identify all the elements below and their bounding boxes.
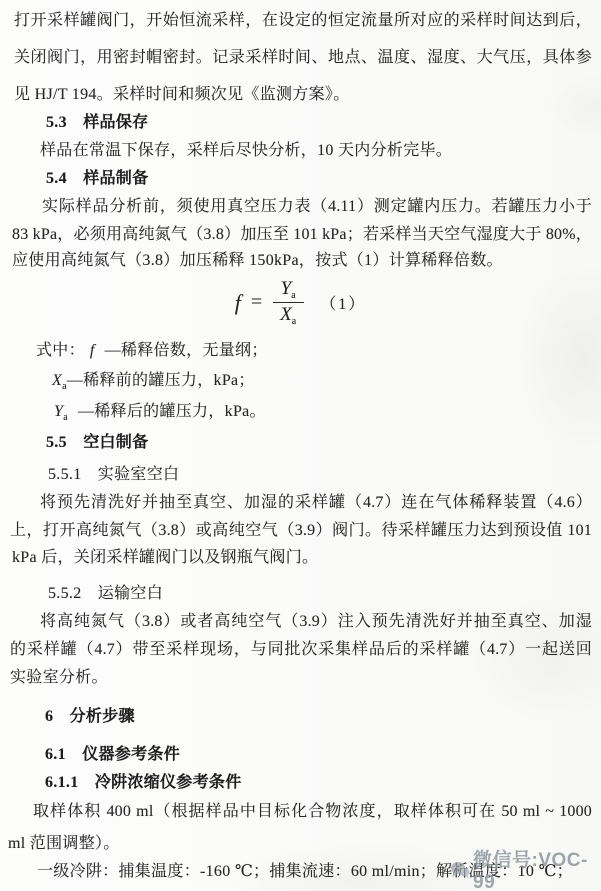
formula-legend-x: Xa—稀释前的罐压力，kPa； (52, 370, 255, 398)
section-heading-6: 6 分析步骤 (45, 706, 135, 728)
body-line: 见 HJ/T 194。采样时间和频次见《监测方案》。 (14, 84, 350, 106)
body-line: 的采样罐（4.7）带至采样现场，与同批次采集样品后的采样罐（4.7）一起送回 (10, 639, 592, 662)
section-heading-6-1: 6.1 仪器参考条件 (45, 744, 180, 766)
subsection-heading-5-5-2: 5.5.2 运输空白 (48, 583, 163, 605)
body-line: 将预先清洗好并抽至真空、加湿的采样罐（4.7）连在气体稀释装置（4.6） (40, 492, 592, 515)
formula-legend-y: Ya—稀释后的罐压力，kPa。 (54, 401, 266, 429)
body-line: 取样体积 400 ml（根据样品中目标化合物浓度，取样体积可在 50 ml ~ … (33, 801, 592, 824)
body-line: 实验室分析。 (10, 667, 108, 689)
section-heading-5-4: 5.4 样品制备 (46, 168, 148, 190)
body-line: 关闭阀门，用密封帽密封。记录采样时间、地点、温度、湿度、大气压，具体参 (14, 47, 592, 70)
body-line: 样品在常温下保存，采样后尽快分析，10 天内分析完毕。 (40, 140, 452, 162)
body-line: 应使用高纯氮气（3.8）加压稀释 150kPa，按式（1）计算稀释倍数。 (12, 250, 503, 272)
section-heading-6-1-1: 6.1.1 冷阱浓缩仪参考条件 (45, 772, 242, 794)
body-line: 实际样品分析前，须使用真空压力表（4.11）测定罐内压力。若罐压力小于 (42, 196, 592, 219)
equation-number: （1） (320, 291, 366, 314)
fraction: Ya Xa (272, 278, 304, 327)
body-line: 将高纯氮气（3.8）或者高纯空气（3.9）注入预先清洗好并抽至真空、加湿 (40, 611, 592, 634)
subsection-heading-5-5-1: 5.5.1 实验室空白 (48, 464, 179, 486)
dilution-factor-formula: f = Ya Xa （1） (0, 278, 601, 327)
section-heading-5-3: 5.3 样品保存 (46, 112, 148, 134)
section-heading-5-5: 5.5 空白制备 (46, 432, 148, 454)
fraction-numerator: Ya (273, 278, 304, 303)
body-line: 打开采样罐阀门，开始恒流采样，在设定的恒定流量所对应的采样时间达到后， (14, 10, 592, 33)
body-line: ml 范围调整）。 (8, 833, 120, 855)
body-line: kPa 后，关闭采样罐阀门以及钢瓶气阀门。 (12, 547, 318, 569)
fraction-denominator: Xa (272, 303, 304, 327)
document-page: 打开采样罐阀门，开始恒流采样，在设定的恒定流量所对应的采样时间达到后， 关闭阀门… (0, 0, 601, 891)
formula-legend-f: 式中：f—稀释倍数，无量纲； (36, 340, 268, 362)
body-line: 一级冷阱：捕集温度：-160 ℃；捕集流速：60 ml/min；解析温度：10 … (37, 861, 573, 883)
equals-sign: = (251, 291, 262, 314)
formula-variable: f (235, 290, 241, 316)
body-line: 上，打开高纯氮气（3.8）或高纯空气（3.9）阀门。待采样罐压力达到预设值 10… (10, 520, 592, 543)
body-line: 83 kPa，必须用高纯氮气（3.8）加压至 101 kPa；若采样当天空气湿度… (12, 224, 592, 247)
